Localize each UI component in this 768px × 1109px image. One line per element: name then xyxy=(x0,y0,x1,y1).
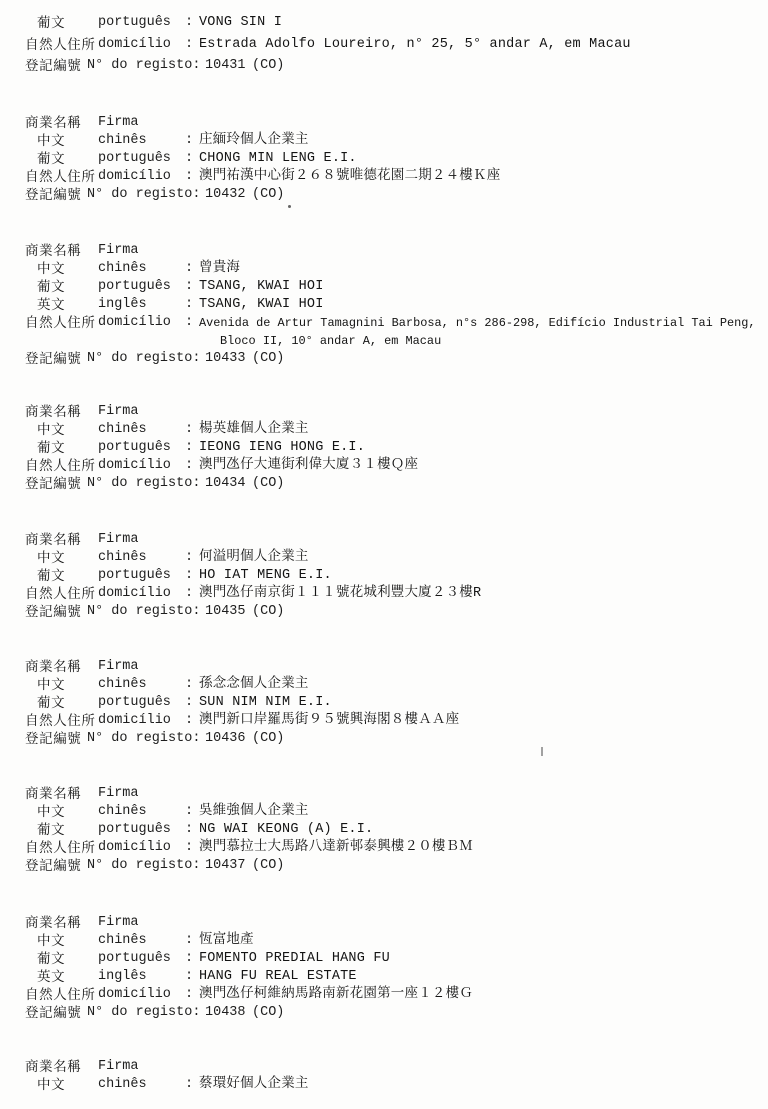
chinese-label-pt: chinês xyxy=(98,803,147,821)
portuguese-label-zh: 葡文 xyxy=(37,150,65,168)
firma-label-pt: Firma xyxy=(98,403,139,421)
registry-label-zh: 登記編號 xyxy=(25,730,81,748)
firma-label-zh: 商業名稱 xyxy=(25,914,81,932)
registry-label-pt: N° do registo: xyxy=(87,186,200,204)
entry-line: 中文chinês:吳維強個人企業主 xyxy=(0,803,768,821)
entry-line: 中文chinês:庄緬玲個人企業主 xyxy=(0,132,768,150)
chinese-value: 孫念念個人企業主 xyxy=(199,676,309,694)
portuguese-value: IEONG IENG HONG E.I. xyxy=(199,439,365,457)
registry-number: 10431 xyxy=(205,57,246,75)
registry-type-code: (CO) xyxy=(252,603,284,621)
registry-number: 10435 xyxy=(205,603,246,621)
colon-separator: : xyxy=(185,14,193,32)
entry-line: 葡文português:TSANG, KWAI HOI xyxy=(0,278,768,296)
chinese-value: 曾貴海 xyxy=(199,260,240,278)
portuguese-label-pt: português xyxy=(98,950,171,968)
colon-separator: : xyxy=(185,950,193,968)
portuguese-label-zh: 葡文 xyxy=(37,278,65,296)
registry-label-pt: N° do registo: xyxy=(87,1004,200,1022)
registry-type-code: (CO) xyxy=(252,857,284,875)
registry-label-zh: 登記編號 xyxy=(25,603,81,621)
entry-line: 商業名稱Firma xyxy=(0,1058,768,1076)
portuguese-value: NG WAI KEONG (A) E.I. xyxy=(199,821,373,839)
domicile-value: Estrada Adolfo Loureiro, n° 25, 5° andar… xyxy=(199,36,631,54)
english-label-zh: 英文 xyxy=(37,968,65,986)
portuguese-label-zh: 葡文 xyxy=(37,567,65,585)
colon-separator: : xyxy=(185,150,193,168)
entry-line: 中文chinês:孫念念個人企業主 xyxy=(0,676,768,694)
entry-line: 自然人住所domicílio:Avenida de Artur Tamagnin… xyxy=(0,314,768,332)
chinese-label-zh: 中文 xyxy=(37,932,65,950)
entry-line: 商業名稱Firma xyxy=(0,914,768,932)
portuguese-label-zh: 葡文 xyxy=(37,950,65,968)
domicile-label-pt: domicílio xyxy=(98,839,171,857)
registry-label-pt: N° do registo: xyxy=(87,857,200,875)
domicile-label-pt: domicílio xyxy=(98,712,171,730)
firma-label-zh: 商業名稱 xyxy=(25,785,81,803)
colon-separator: : xyxy=(185,712,193,730)
entry-line: 自然人住所domicílio:澳門慕拉士大馬路八達新邨泰興樓２０樓ＢＭ xyxy=(0,839,768,857)
registry-type-code: (CO) xyxy=(252,730,284,748)
entry-line: 葡文português:FOMENTO PREDIAL HANG FU xyxy=(0,950,768,968)
firma-label-zh: 商業名稱 xyxy=(25,242,81,260)
chinese-label-zh: 中文 xyxy=(37,132,65,150)
chinese-label-pt: chinês xyxy=(98,260,147,278)
colon-separator: : xyxy=(185,549,193,567)
portuguese-label-pt: português xyxy=(98,694,171,712)
registry-label-pt: N° do registo: xyxy=(87,730,200,748)
portuguese-label-pt: português xyxy=(98,567,171,585)
chinese-value: 庄緬玲個人企業主 xyxy=(199,132,309,150)
domicile-label-pt: domicílio xyxy=(98,585,171,603)
entry-line: 葡文português:CHONG MIN LENG E.I. xyxy=(0,150,768,168)
registry-type-code: (CO) xyxy=(252,186,284,204)
chinese-label-zh: 中文 xyxy=(37,676,65,694)
chinese-label-pt: chinês xyxy=(98,676,147,694)
domicile-value: 澳門慕拉士大馬路八達新邨泰興樓２０樓ＢＭ xyxy=(199,839,473,857)
firma-label-zh: 商業名稱 xyxy=(25,531,81,549)
entry-line: 登記編號N° do registo:10433(CO) xyxy=(0,350,768,368)
entry-line: 葡文português:VONG SIN I xyxy=(0,14,768,32)
entry-line: 自然人住所domicílio:澳門氹仔大連街利偉大廈３１樓Ｑ座 xyxy=(0,457,768,475)
entry-line: 自然人住所domicílio:澳門祐漢中心街２６８號唯德花園二期２４樓Ｋ座 xyxy=(0,168,768,186)
entry-line: 自然人住所domicílio:澳門氹仔柯維納馬路南新花園第一座１２樓Ｇ xyxy=(0,986,768,1004)
firma-label-zh: 商業名稱 xyxy=(25,1058,81,1076)
domicile-label-zh: 自然人住所 xyxy=(25,712,96,730)
entry-line: 商業名稱Firma xyxy=(0,114,768,132)
portuguese-label-pt: português xyxy=(98,439,171,457)
registry-number: 10436 xyxy=(205,730,246,748)
domicile-value: Avenida de Artur Tamagnini Barbosa, n°s … xyxy=(199,314,756,332)
chinese-label-pt: chinês xyxy=(98,549,147,567)
chinese-label-zh: 中文 xyxy=(37,1076,65,1094)
colon-separator: : xyxy=(185,932,193,950)
registry-type-code: (CO) xyxy=(252,57,284,75)
portuguese-value: CHONG MIN LENG E.I. xyxy=(199,150,357,168)
colon-separator: : xyxy=(185,421,193,439)
portuguese-value: VONG SIN I xyxy=(199,14,282,32)
entry-line: 登記編號N° do registo:10434(CO) xyxy=(0,475,768,493)
domicile-label-zh: 自然人住所 xyxy=(25,839,96,857)
chinese-value: 何溢明個人企業主 xyxy=(199,549,309,567)
colon-separator: : xyxy=(185,986,193,1004)
domicile-label-zh: 自然人住所 xyxy=(25,314,96,332)
entry-line: 中文chinês:楊英雄個人企業主 xyxy=(0,421,768,439)
registry-type-code: (CO) xyxy=(252,350,284,368)
entry-line: 登記編號N° do registo:10438(CO) xyxy=(0,1004,768,1022)
registry-label-pt: N° do registo: xyxy=(87,57,200,75)
chinese-label-pt: chinês xyxy=(98,932,147,950)
registry-label-zh: 登記編號 xyxy=(25,57,81,75)
colon-separator: : xyxy=(185,296,193,314)
entry-line: 葡文português:NG WAI KEONG (A) E.I. xyxy=(0,821,768,839)
domicile-label-zh: 自然人住所 xyxy=(25,986,96,1004)
chinese-value: 恆富地產 xyxy=(199,932,254,950)
domicile-label-zh: 自然人住所 xyxy=(25,585,96,603)
entry-line: 中文chinês:蔡環好個人企業主 xyxy=(0,1076,768,1094)
firma-label-pt: Firma xyxy=(98,242,139,260)
domicile-value: 澳門新口岸羅馬街９５號興海閣８樓ＡＡ座 xyxy=(199,712,459,730)
registry-number: 10434 xyxy=(205,475,246,493)
registry-label-pt: N° do registo: xyxy=(87,350,200,368)
registry-label-zh: 登記編號 xyxy=(25,350,81,368)
colon-separator: : xyxy=(185,839,193,857)
domicile-label-zh: 自然人住所 xyxy=(25,457,96,475)
domicile-value: 澳門氹仔柯維納馬路南新花園第一座１２樓Ｇ xyxy=(199,986,473,1004)
registry-label-zh: 登記編號 xyxy=(25,857,81,875)
entry-line: 登記編號N° do registo:10436(CO) xyxy=(0,730,768,748)
domicile-label-pt: domicílio xyxy=(98,314,171,332)
entry-line: 登記編號N° do registo:10437(CO) xyxy=(0,857,768,875)
registry-label-zh: 登記編號 xyxy=(25,475,81,493)
portuguese-label-pt: português xyxy=(98,14,171,32)
entry-line: 英文inglês:TSANG, KWAI HOI xyxy=(0,296,768,314)
entry-line: 葡文português:HO IAT MENG E.I. xyxy=(0,567,768,585)
chinese-label-pt: chinês xyxy=(98,132,147,150)
portuguese-label-zh: 葡文 xyxy=(37,14,65,32)
portuguese-value: SUN NIM NIM E.I. xyxy=(199,694,332,712)
entry-line: 葡文português:SUN NIM NIM E.I. xyxy=(0,694,768,712)
colon-separator: : xyxy=(185,694,193,712)
scan-artifact-dot xyxy=(288,205,291,208)
colon-separator: : xyxy=(185,585,193,603)
registry-number: 10438 xyxy=(205,1004,246,1022)
colon-separator: : xyxy=(185,314,193,332)
english-value: TSANG, KWAI HOI xyxy=(199,296,324,314)
registry-type-code: (CO) xyxy=(252,475,284,493)
chinese-value: 蔡環好個人企業主 xyxy=(199,1076,309,1094)
entry-line: 商業名稱Firma xyxy=(0,658,768,676)
colon-separator: : xyxy=(185,968,193,986)
firma-label-pt: Firma xyxy=(98,914,139,932)
domicile-label-zh: 自然人住所 xyxy=(25,168,96,186)
domicile-label-zh: 自然人住所 xyxy=(25,36,96,54)
portuguese-label-zh: 葡文 xyxy=(37,439,65,457)
portuguese-value: TSANG, KWAI HOI xyxy=(199,278,324,296)
portuguese-label-pt: português xyxy=(98,150,171,168)
registry-number: 10432 xyxy=(205,186,246,204)
firma-label-pt: Firma xyxy=(98,1058,139,1076)
entry-line: 中文chinês:何溢明個人企業主 xyxy=(0,549,768,567)
entry-line: 中文chinês:恆富地產 xyxy=(0,932,768,950)
entry-line: 商業名稱Firma xyxy=(0,242,768,260)
firma-label-zh: 商業名稱 xyxy=(25,658,81,676)
entry-line: 中文chinês:曾貴海 xyxy=(0,260,768,278)
firma-label-pt: Firma xyxy=(98,658,139,676)
firma-label-pt: Firma xyxy=(98,531,139,549)
portuguese-label-pt: português xyxy=(98,278,171,296)
entry-line: 商業名稱Firma xyxy=(0,403,768,421)
colon-separator: : xyxy=(185,132,193,150)
chinese-label-pt: chinês xyxy=(98,421,147,439)
registry-number: 10433 xyxy=(205,350,246,368)
portuguese-label-pt: português xyxy=(98,821,171,839)
registry-label-pt: N° do registo: xyxy=(87,603,200,621)
portuguese-label-zh: 葡文 xyxy=(37,821,65,839)
colon-separator: : xyxy=(185,567,193,585)
scanned-gazette-page: 葡文português:VONG SIN I自然人住所domicílio:Est… xyxy=(0,0,768,1109)
firma-label-zh: 商業名稱 xyxy=(25,403,81,421)
domicile-value-continuation: Bloco II, 10° andar A, em Macau xyxy=(220,332,441,350)
entry-line: 自然人住所domicílio:澳門氹仔南京街１１１號花城利豐大廈２３樓R xyxy=(0,585,768,603)
domicile-label-pt: domicílio xyxy=(98,986,171,1004)
portuguese-label-zh: 葡文 xyxy=(37,694,65,712)
domicile-label-pt: domicílio xyxy=(98,457,171,475)
entry-line: 英文inglês:HANG FU REAL ESTATE xyxy=(0,968,768,986)
entry-line: 商業名稱Firma xyxy=(0,531,768,549)
entry-line: 登記編號N° do registo:10435(CO) xyxy=(0,603,768,621)
colon-separator: : xyxy=(185,457,193,475)
chinese-label-zh: 中文 xyxy=(37,421,65,439)
registry-label-zh: 登記編號 xyxy=(25,186,81,204)
scan-artifact-tick xyxy=(541,747,543,756)
entry-line: 商業名稱Firma xyxy=(0,785,768,803)
portuguese-value: HO IAT MENG E.I. xyxy=(199,567,332,585)
chinese-value: 吳維強個人企業主 xyxy=(199,803,309,821)
colon-separator: : xyxy=(185,439,193,457)
portuguese-value: FOMENTO PREDIAL HANG FU xyxy=(199,950,390,968)
english-label-zh: 英文 xyxy=(37,296,65,314)
registry-type-code: (CO) xyxy=(252,1004,284,1022)
domicile-label-pt: domicílio xyxy=(98,168,171,186)
english-value: HANG FU REAL ESTATE xyxy=(199,968,357,986)
registry-number: 10437 xyxy=(205,857,246,875)
entry-line: 登記編號N° do registo:10432(CO) xyxy=(0,186,768,204)
domicile-label-pt: domicílio xyxy=(98,36,171,54)
colon-separator: : xyxy=(185,36,193,54)
entry-line: 自然人住所domicílio:澳門新口岸羅馬街９５號興海閣８樓ＡＡ座 xyxy=(0,712,768,730)
colon-separator: : xyxy=(185,821,193,839)
firma-label-pt: Firma xyxy=(98,785,139,803)
colon-separator: : xyxy=(185,168,193,186)
registry-label-zh: 登記編號 xyxy=(25,1004,81,1022)
entry-line: Bloco II, 10° andar A, em Macau xyxy=(0,332,768,350)
domicile-value: 澳門氹仔大連街利偉大廈３１樓Ｑ座 xyxy=(199,457,418,475)
entry-line: 葡文português:IEONG IENG HONG E.I. xyxy=(0,439,768,457)
colon-separator: : xyxy=(185,1076,193,1094)
chinese-value: 楊英雄個人企業主 xyxy=(199,421,309,439)
chinese-label-zh: 中文 xyxy=(37,803,65,821)
firma-label-pt: Firma xyxy=(98,114,139,132)
registry-label-pt: N° do registo: xyxy=(87,475,200,493)
colon-separator: : xyxy=(185,676,193,694)
entry-line: 自然人住所domicílio:Estrada Adolfo Loureiro, … xyxy=(0,36,768,54)
colon-separator: : xyxy=(185,260,193,278)
colon-separator: : xyxy=(185,278,193,296)
domicile-value: 澳門氹仔南京街１１１號花城利豐大廈２３樓R xyxy=(199,585,481,603)
domicile-value: 澳門祐漢中心街２６８號唯德花園二期２４樓Ｋ座 xyxy=(199,168,500,186)
colon-separator: : xyxy=(185,803,193,821)
english-label-pt: inglês xyxy=(98,968,147,986)
chinese-label-pt: chinês xyxy=(98,1076,147,1094)
chinese-label-zh: 中文 xyxy=(37,260,65,278)
firma-label-zh: 商業名稱 xyxy=(25,114,81,132)
entry-line: 登記編號N° do registo:10431(CO) xyxy=(0,57,768,75)
chinese-label-zh: 中文 xyxy=(37,549,65,567)
english-label-pt: inglês xyxy=(98,296,147,314)
